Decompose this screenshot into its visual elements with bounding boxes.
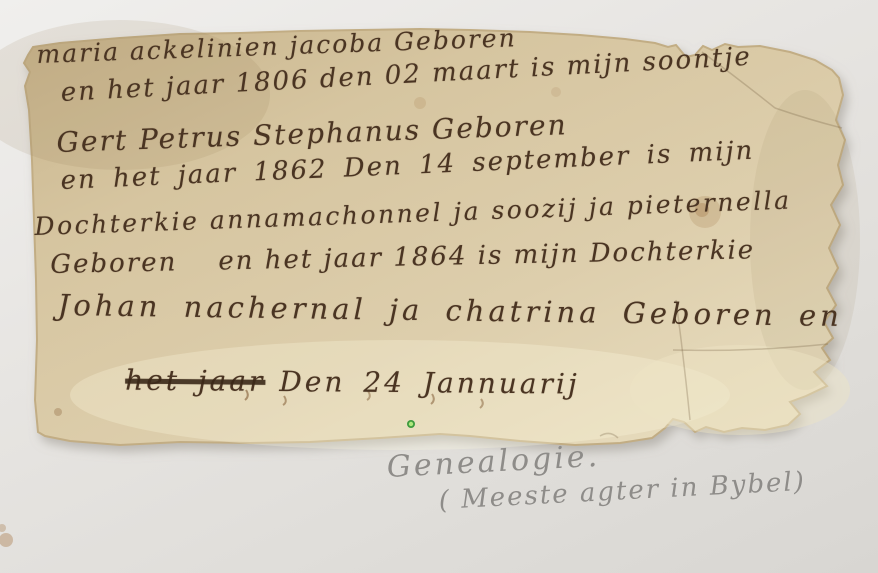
photo-canvas: maria ackelinien jacoba Geboren en het j… <box>0 0 878 573</box>
manuscript-photo <box>0 0 878 573</box>
green-dot-marker <box>407 420 415 428</box>
